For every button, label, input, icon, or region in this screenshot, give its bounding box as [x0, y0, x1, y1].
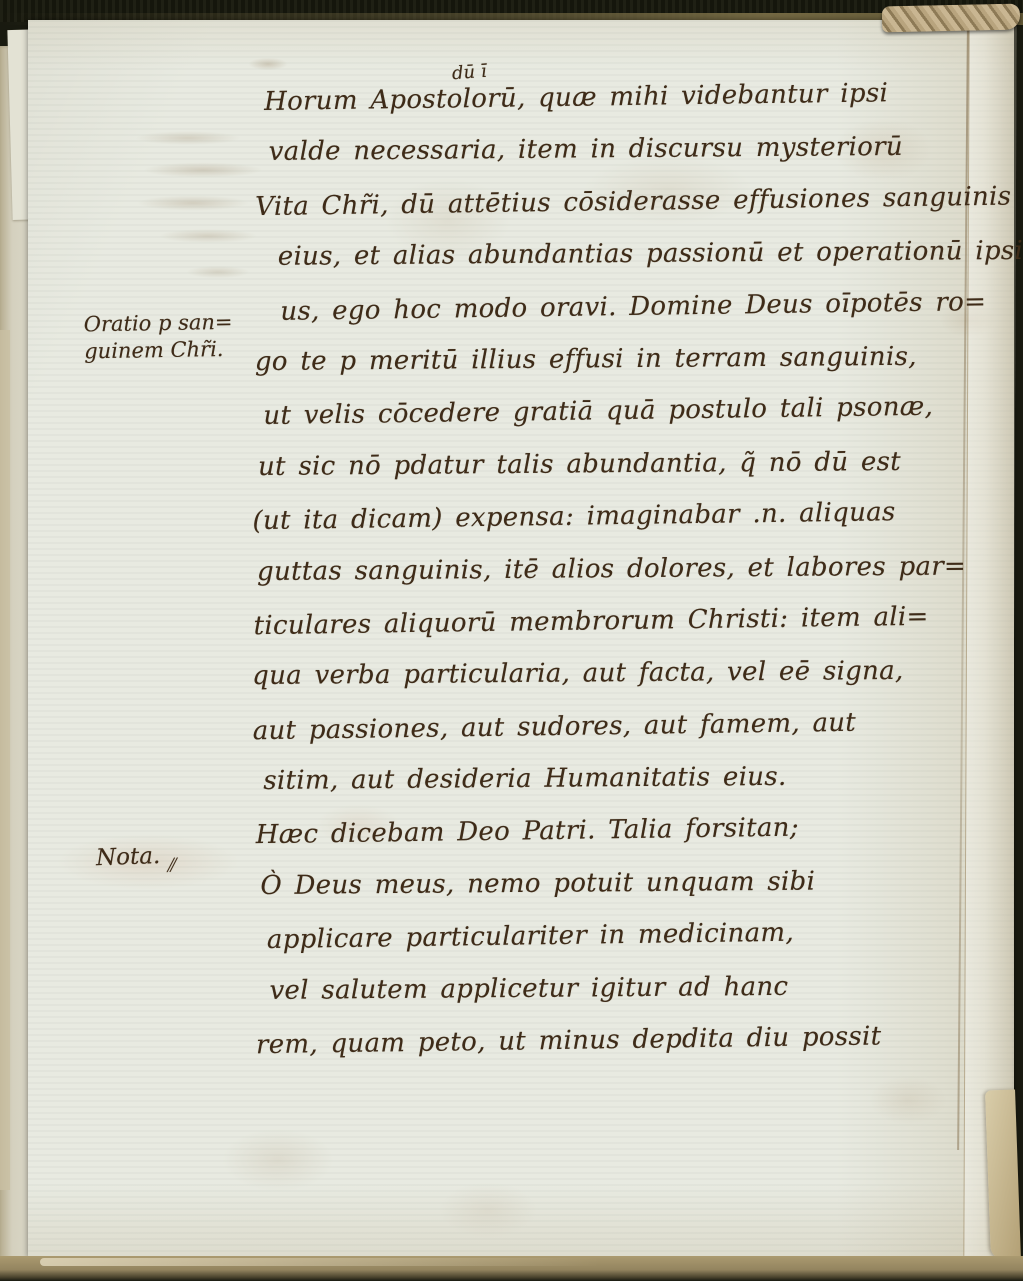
left-edge-sliver [0, 330, 10, 1190]
nota-slash-mark: ⫽ [166, 855, 173, 877]
manuscript-line: Ò Deus meus, nemo potuit unquam sibi [260, 865, 966, 923]
margin-note-nota: Nota.⫽ [96, 843, 168, 871]
headband-textile [882, 4, 1021, 33]
manuscript-line: Hæc dicebam Deo Patri. Talia forsitan; [256, 811, 967, 873]
manuscript-line: Horum Apostolorū, quæ mihi videbantur ip… [264, 77, 959, 139]
manuscript-line: go te p meritū illius effusi in terram s… [255, 341, 961, 399]
manuscript-line: applicare particulariter in medicinam, [267, 916, 968, 978]
bottom-board-highlight [40, 1258, 600, 1266]
manuscript-line: sitim, aut desideria Humanitatis eius. [263, 761, 965, 819]
manuscript-line: Vita Chr̃i, dū attētius cōsiderasse effu… [255, 182, 960, 244]
manuscript-line: rem, quam peto, ut minus depdita diu pos… [256, 1020, 969, 1082]
bottom-right-page-curl [985, 1090, 1021, 1261]
manuscript-text-block: Horum Apostolorū, quæ mihi videbantur ip… [246, 79, 968, 1082]
manuscript-scan: dū ī Oratio p san= guinem Chr̃i. Nota.⫽ … [0, 0, 1023, 1281]
manuscript-line: eius, et alias abundantias passionū et o… [278, 237, 960, 295]
margin-note-oratio: Oratio p san= guinem Chr̃i. [84, 309, 245, 366]
manuscript-line: guttas sanguinis, itē alios dolores, et … [257, 551, 963, 609]
manuscript-line: ut sic nō pdatur talis abundantia, q̃ nō… [258, 446, 962, 504]
manuscript-line: valde necessaria, item in discursu myste… [269, 132, 959, 190]
manuscript-line: ticulares aliquorū membrorum Christi: it… [253, 601, 964, 663]
manuscript-line: (ut ita dicam) expensa: imaginabar .n. a… [252, 496, 963, 558]
manuscript-line: ut velis cōcedere gratiā quā postulo tal… [263, 392, 962, 454]
nota-label: Nota. [96, 843, 161, 871]
manuscript-line: aut passiones, aut sudores, aut famem, a… [253, 706, 966, 768]
manuscript-line: us, ego hoc modo oravi. Domine Deus oīpo… [280, 287, 961, 349]
interlinear-insertion: dū ī [451, 61, 487, 84]
manuscript-line: vel salutem applicetur igitur ad hanc [269, 970, 967, 1028]
margin-note-line: guinem Chr̃i. [84, 336, 244, 366]
margin-note-line: Oratio p san= [84, 309, 244, 339]
manuscript-line: qua verba particularia, aut facta, vel e… [252, 656, 964, 714]
